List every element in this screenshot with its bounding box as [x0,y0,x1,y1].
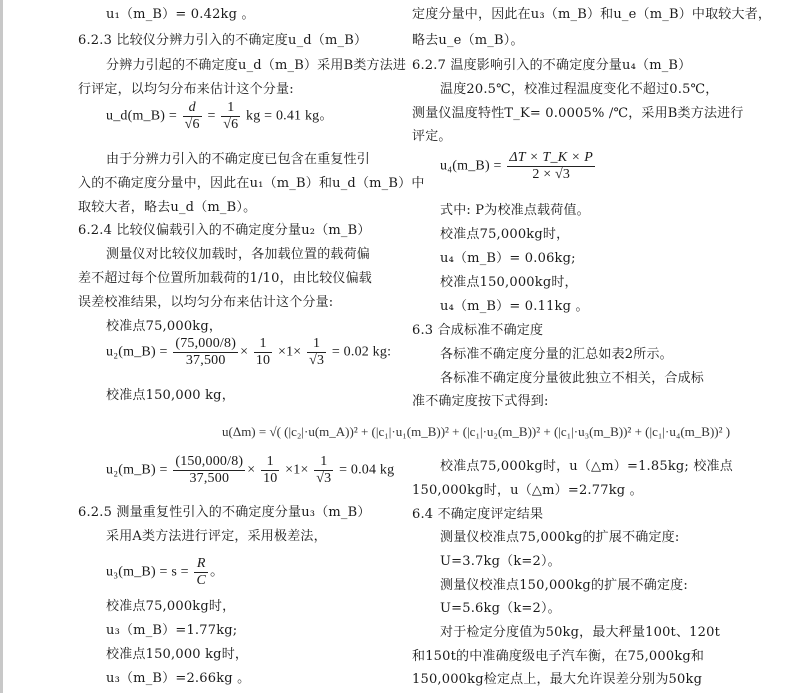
heading-6-2-7: 6.2.7 温度影响引入的不确定度分量u₄（m_B） [412,57,691,75]
paragraph: 校准点75,000kg时， [106,598,235,616]
paragraph: 校准点75,000kg时， [440,226,569,244]
paragraph: 差不超过每个位置所加载荷的1/10，由比较仪偏载 [78,270,372,288]
u3-result-75000: u₃（m_B）=1.77kg; [106,622,237,640]
paragraph: 式中: P为校准点载荷值。 [440,202,590,220]
expanded-uncertainty-150000: U=5.6kg（k=2）。 [440,600,561,618]
paragraph: 温度20.5℃，校准过程温度变化不超过0.5℃， [440,81,719,99]
paragraph: 入的不确定度分量中，因此在u₁（m_B）和u_d（m_B）中 [78,175,425,193]
formula-u3: u₃(m_B) = s = RC。 [106,556,224,589]
paragraph: 测量仪校准点75,000kg的扩展不确定度: [440,529,679,547]
paragraph: 评定。 [412,128,452,146]
u3-result-150000: u₃（m_B）=2.66kg 。 [106,670,250,688]
paragraph: 定度分量中，因此在u₃（m_B）和u_e（m_B）中取较大者， [412,6,771,24]
u1-result: u₁（m_B）= 0.42kg 。 [106,6,255,24]
paragraph: 校准点150,000 kg时， [106,646,248,664]
paragraph: 校准点150,000kg时， [440,274,578,292]
paragraph: 和150t的中准确度级电子汽车衡，在75,000kg和 [412,648,704,666]
expanded-uncertainty-75000: U=3.7kg（k=2）。 [440,553,561,571]
u4-result-75000: u₄（m_B）= 0.06kg; [440,250,576,268]
formula-ud: u_d(m_B) = d√6 = 1√6 kg = 0.41 kg。 [106,100,334,133]
paragraph: 各标准不确定度分量的汇总如表2所示。 [440,346,673,364]
paragraph: 校准点75,000kg， [106,318,222,336]
paragraph: 150,000kg时，u（△m）=2.77kg 。 [412,482,643,500]
heading-6-2-3: 6.2.3 比较仪分辨力引入的不确定度u_d（m_B） [78,32,367,50]
paragraph: 测量仪对比较仪加载时，各加载位置的载荷偏 [106,246,370,264]
paragraph: 150,000kg检定点上，最大允许误差分别为50kg [412,671,702,689]
paragraph: 行评定，以均匀分布来估计这个分量: [78,81,294,99]
heading-6-2-5: 6.2.5 测量重复性引入的不确定度分量u₃（m_B） [78,504,371,522]
paragraph: 准不确定度按下式得到: [412,393,549,411]
paragraph: 对于检定分度值为50kg，最大秤量100t、120t [440,624,720,642]
paragraph: 略去u_e（m_B）。 [412,32,524,50]
paragraph: 误差校准结果，以均匀分布来估计这个分量: [78,294,333,312]
formula-u2-150000: u₂(m_B) = (150,000/8)37,500× 110 ×1× 1√3… [106,454,394,487]
page-edge [0,0,3,693]
paragraph: 分辨力引起的不确定度u_d（m_B）采用B类方法进 [106,57,406,75]
paragraph: 取较大者，略去u_d（m_B）。 [78,199,256,217]
heading-6-4: 6.4 不确定度评定结果 [412,506,543,524]
formula-u4: u₄(m_B) = ΔT × T_K × P2 × √3 [440,150,597,183]
paragraph: 由于分辨力引入的不确定度已包含在重复性引 [106,151,370,169]
paragraph: 各标准不确定度分量彼此独立不相关，合成标 [440,370,704,388]
u4-result-150000: u₄（m_B）= 0.11kg 。 [440,298,589,316]
combined-uncertainty-formula: u(Δm) = √( (|c₂|·u(m_A))² + (|c₁|·u₁(m_B… [222,424,730,440]
paragraph: 校准点150,000 kg， [106,387,235,405]
heading-6-2-4: 6.2.4 比较仪偏载引入的不确定度分量u₂（m_B） [78,222,371,240]
paragraph: 采用A类方法进行评定，采用极差法， [106,528,327,546]
paragraph: 校准点75,000kg时，u（△m）=1.85kg; 校准点 [440,458,733,476]
heading-6-3: 6.3 合成标准不确定度 [412,322,543,340]
paragraph: 测量仪校准点150,000kg的扩展不确定度: [440,577,688,595]
formula-u2-75000: u₂(m_B) = (75,000/8)37,500× 110 ×1× 1√3 … [106,336,391,369]
paragraph: 测量仪温度特性T_K= 0.0005% /℃，采用B类方法进行 [412,105,744,123]
